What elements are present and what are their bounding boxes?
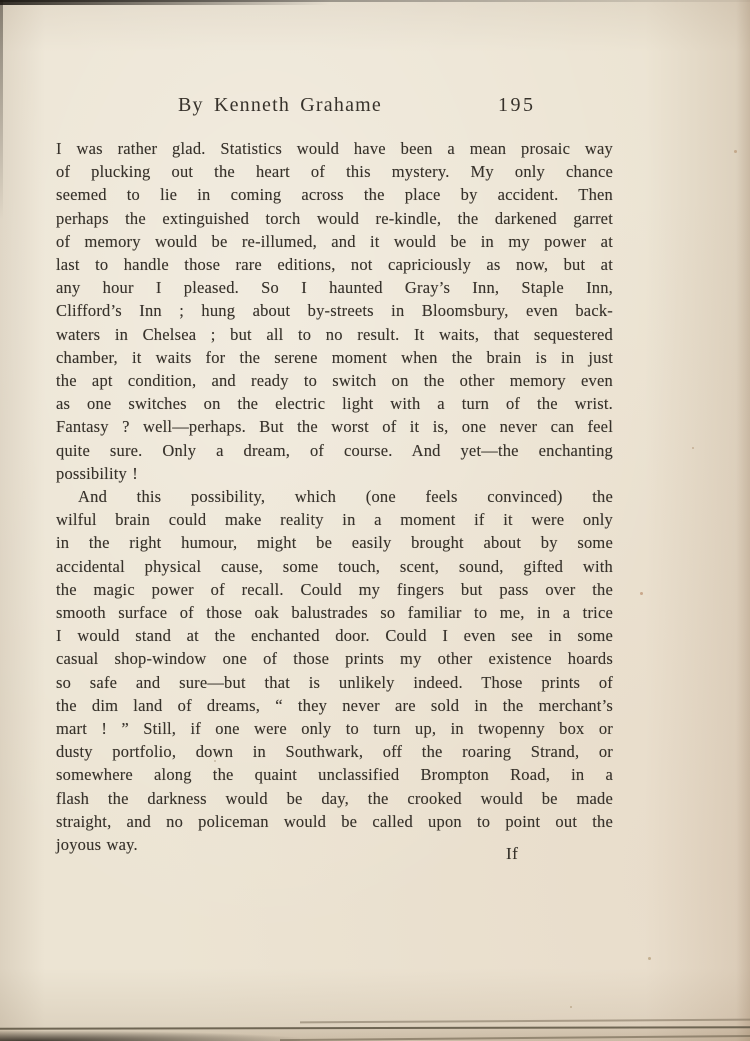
text-line: last to handle those rare editions, not … bbox=[56, 253, 613, 276]
paper-speck bbox=[648, 957, 651, 960]
paper-speck bbox=[570, 1006, 572, 1008]
text-line: in the right humour, might be easily bro… bbox=[56, 531, 613, 554]
page-edge-top bbox=[0, 0, 750, 2]
book-page: By Kenneth Grahame 195 I was rather glad… bbox=[0, 0, 750, 1041]
text-line: dusty portfolio, down in Southwark, off … bbox=[56, 740, 613, 763]
page-edge-bottom bbox=[0, 1028, 750, 1041]
page-edge-bottom-line bbox=[280, 1035, 750, 1041]
paragraph: I was rather glad. Statistics would have… bbox=[56, 137, 613, 485]
text-line: Fantasy ? well—perhaps. But the worst of… bbox=[56, 415, 613, 438]
paragraph: And this possibility, which (one feels c… bbox=[56, 485, 613, 856]
text-line: so safe and sure—but that is unlikely in… bbox=[56, 671, 613, 694]
text-line: perhaps the extinguished torch would re-… bbox=[56, 207, 613, 230]
text-line: smooth surface of those oak balustrades … bbox=[56, 601, 613, 624]
text-line: I would stand at the enchanted door. Cou… bbox=[56, 624, 613, 647]
text-line: the dim land of dreams, “ they never are… bbox=[56, 694, 613, 717]
text-line: straight, and no policeman would be call… bbox=[56, 810, 613, 833]
text-line: accidental physical cause, some touch, s… bbox=[56, 555, 613, 578]
text-line: chamber, it waits for the serene moment … bbox=[56, 346, 613, 369]
text-line: the apt condition, and ready to switch o… bbox=[56, 369, 613, 392]
page-edge-bottom-line bbox=[300, 1019, 750, 1023]
text-line: of plucking out the heart of this myster… bbox=[56, 160, 613, 183]
paper-speck bbox=[734, 150, 737, 153]
catchword: If bbox=[506, 844, 518, 864]
paper-speck bbox=[692, 447, 694, 449]
running-title: By Kenneth Grahame bbox=[178, 94, 382, 117]
text-line: flash the darkness would be day, the cro… bbox=[56, 787, 613, 810]
text-line: somewhere along the quaint unclassified … bbox=[56, 763, 613, 786]
text-line: quite sure. Only a dream, of course. And… bbox=[56, 439, 613, 462]
text-line: possibility ! bbox=[56, 462, 613, 485]
text-line: And this possibility, which (one feels c… bbox=[56, 485, 613, 508]
text-line: casual shop-window one of those prints m… bbox=[56, 647, 613, 670]
text-line: Clifford’s Inn ; hung about by-streets i… bbox=[56, 299, 613, 322]
text-line: waters in Chelsea ; but all to no result… bbox=[56, 323, 613, 346]
page-edge-bottom-shadow bbox=[0, 1031, 300, 1041]
text-line: any hour I pleased. So I haunted Gray’s … bbox=[56, 276, 613, 299]
text-line: as one switches on the electric light wi… bbox=[56, 392, 613, 415]
page-edge-bottom-line bbox=[0, 1026, 750, 1030]
page-edge-top-shadow bbox=[0, 0, 330, 5]
page-edge-left bbox=[0, 0, 3, 220]
text-block: I was rather glad. Statistics would have… bbox=[56, 137, 613, 856]
text-line: seemed to lie in coming across the place… bbox=[56, 183, 613, 206]
paper-speck bbox=[640, 592, 643, 595]
text-line: I was rather glad. Statistics would have… bbox=[56, 137, 613, 160]
page-number: 195 bbox=[498, 94, 536, 117]
text-line: joyous way. bbox=[56, 833, 613, 856]
text-line: the magic power of recall. Could my fing… bbox=[56, 578, 613, 601]
text-line: of memory would be re-illumed, and it wo… bbox=[56, 230, 613, 253]
page-edge-right bbox=[736, 0, 750, 1041]
text-line: wilful brain could make reality in a mom… bbox=[56, 508, 613, 531]
text-line: mart ! ” Still, if one were only to turn… bbox=[56, 717, 613, 740]
